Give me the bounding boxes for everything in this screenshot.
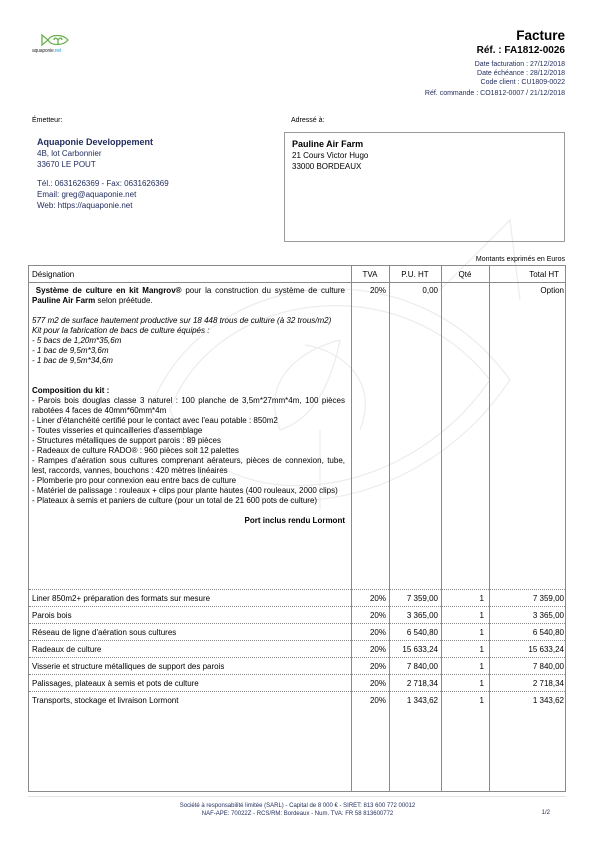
line-tva: 20% xyxy=(351,628,389,638)
column-divider xyxy=(441,266,442,791)
line-designation: Transports, stockage et livraison Lormon… xyxy=(29,696,351,706)
line-designation: Palissages, plateaux à semis et pots de … xyxy=(29,679,351,689)
page-number: 1/2 xyxy=(542,810,550,816)
kit-spec-line: - 1 bac de 9,5m*3,6m xyxy=(32,346,345,356)
logo-tld: .net xyxy=(54,48,62,54)
line-tva: 20% xyxy=(351,645,389,655)
emitter-phone: Tél.: 0631626369 - Fax: 0631626369 xyxy=(37,178,272,189)
currency-note: Montants exprimés en Euros xyxy=(476,256,565,263)
kit-specs: 577 m2 de surface hautement productive s… xyxy=(32,316,345,366)
kit-spec-line: - 1 bac de 9,5m*34,6m xyxy=(32,356,345,366)
emitter-address-line: 4B, lot Carbonnier xyxy=(37,148,272,159)
composition-line: - Plomberie pro pour connexion eau entre… xyxy=(32,476,345,486)
client-code: Code client : CU1809-0022 xyxy=(425,78,565,87)
line-tva: 20% xyxy=(351,611,389,621)
footer-divider xyxy=(28,796,566,797)
logo-brand: aquaponie xyxy=(32,48,54,54)
row-separator xyxy=(29,691,565,692)
composition-line: - Structures métalliques de support paro… xyxy=(32,436,345,446)
line-unit-price: 7 359,00 xyxy=(389,594,441,604)
line-total: 15 633,24 xyxy=(489,645,567,655)
row-separator xyxy=(29,657,565,658)
line-total: 2 718,34 xyxy=(489,679,567,689)
composition-line: - Toutes visseries et quincailleries d'a… xyxy=(32,426,345,436)
line-designation: Liner 850m2+ préparation des formats sur… xyxy=(29,594,351,604)
composition-line: - Parois bois douglas classe 3 naturel :… xyxy=(32,396,345,416)
footer-line-2: NAF-APE: 70022Z - RCS/RM: Bordeaux - Num… xyxy=(0,810,595,818)
header-tva: TVA xyxy=(351,270,389,280)
line-tva: 20% xyxy=(351,662,389,672)
document-header: Facture Réf. : FA1812-0026 Date facturat… xyxy=(425,28,565,98)
line-designation: Radeaux de culture xyxy=(29,645,351,655)
row-separator xyxy=(29,606,565,607)
recipient-block: Pauline Air Farm 21 Cours Victor Hugo 33… xyxy=(284,132,565,242)
logo-wordmark: aquaponie.net xyxy=(32,48,61,54)
composition-list: - Parois bois douglas classe 3 naturel :… xyxy=(32,396,345,506)
composition-line: - Liner d'étanchéité certifié pour le co… xyxy=(32,416,345,426)
column-divider xyxy=(489,266,490,791)
kit-name: Système de culture en kit Mangrov® xyxy=(36,286,182,295)
composition-line: - Rampes d'aération sous cultures compre… xyxy=(32,456,345,476)
emitter-name: Aquaponie Developpement xyxy=(37,137,272,148)
line-quantity: 1 xyxy=(441,662,489,672)
line-total: 7 359,00 xyxy=(489,594,567,604)
row-separator xyxy=(29,623,565,624)
document-title: Facture xyxy=(425,28,565,43)
kit-spec-line: Kit pour la fabrication de bacs de cultu… xyxy=(32,326,345,336)
line-total: 3 365,00 xyxy=(489,611,567,621)
line-designation: Visserie et structure métalliques de sup… xyxy=(29,662,351,672)
kit-spec-line: - 5 bacs de 1,20m*35,6m xyxy=(32,336,345,346)
composition-line: - Matériel de palissage : rouleaux + cli… xyxy=(32,486,345,496)
line-total: 7 840,00 xyxy=(489,662,567,672)
composition-line: - Radeaux de culture RADO® : 960 pièces … xyxy=(32,446,345,456)
due-date: Date échéance : 28/12/2018 xyxy=(425,69,565,78)
header-unit-price: P.U. HT xyxy=(389,270,441,280)
fish-logo-icon xyxy=(40,32,70,48)
line-quantity: 1 xyxy=(441,645,489,655)
emitter-label: Émetteur: xyxy=(32,117,62,124)
line-quantity: 1 xyxy=(441,696,489,706)
kit-spec-line: 577 m2 de surface hautement productive s… xyxy=(32,316,345,326)
line-quantity: 1 xyxy=(441,628,489,638)
composition-line: - Plateaux à semis et paniers de culture… xyxy=(32,496,345,506)
main-item-tva: 20% xyxy=(351,286,389,296)
recipient-label: Adressé à: xyxy=(291,117,324,124)
intro-text: pour la construction du système de cultu… xyxy=(182,286,345,295)
shipping-note: Port inclus rendu Lormont xyxy=(32,516,345,526)
main-item-description: Système de culture en kit Mangrov® pour … xyxy=(29,286,351,526)
invoice-table: Désignation TVA P.U. HT Qté Total HT Sys… xyxy=(28,265,566,792)
row-separator xyxy=(29,589,565,590)
line-unit-price: 7 840,00 xyxy=(389,662,441,672)
line-unit-price: 15 633,24 xyxy=(389,645,441,655)
line-quantity: 1 xyxy=(441,611,489,621)
main-item-unit-price: 0,00 xyxy=(389,286,441,296)
line-unit-price: 2 718,34 xyxy=(389,679,441,689)
line-designation: Réseau de ligne d'aération sous cultures xyxy=(29,628,351,638)
emitter-website[interactable]: Web: https://aquaponie.net xyxy=(37,200,272,211)
column-divider xyxy=(389,266,390,791)
order-reference: Réf. commande : CO1812-0007 / 21/12/2018 xyxy=(425,89,565,98)
line-quantity: 1 xyxy=(441,679,489,689)
recipient-address-line: 33000 BORDEAUX xyxy=(292,161,564,172)
line-total: 6 540,80 xyxy=(489,628,567,638)
line-quantity: 1 xyxy=(441,594,489,604)
line-designation: Parois bois xyxy=(29,611,351,621)
header-quantity: Qté xyxy=(441,270,489,280)
emitter-email[interactable]: Email: greg@aquaponie.net xyxy=(37,189,272,200)
line-unit-price: 6 540,80 xyxy=(389,628,441,638)
recipient-name: Pauline Air Farm xyxy=(292,139,564,150)
emitter-block: Aquaponie Developpement 4B, lot Carbonni… xyxy=(32,137,272,211)
legal-footer: Société à responsabilité limitée (SARL) … xyxy=(0,802,595,818)
header-designation: Désignation xyxy=(29,270,351,280)
line-tva: 20% xyxy=(351,679,389,689)
line-unit-price: 3 365,00 xyxy=(389,611,441,621)
line-unit-price: 1 343,62 xyxy=(389,696,441,706)
line-tva: 20% xyxy=(351,696,389,706)
line-total: 1 343,62 xyxy=(489,696,567,706)
main-item-total: Option xyxy=(489,286,567,296)
invoice-reference: Réf. : FA1812-0026 xyxy=(425,44,565,57)
header-total: Total HT xyxy=(489,270,567,280)
client-name-inline: Pauline Air Farm xyxy=(32,296,95,305)
company-logo: aquaponie.net xyxy=(30,30,80,56)
invoice-date: Date facturation : 27/12/2018 xyxy=(425,60,565,69)
emitter-address-line: 33670 LE POUT xyxy=(37,159,272,170)
column-divider xyxy=(351,266,352,791)
intro-text: selon préétude. xyxy=(95,296,152,305)
composition-title: Composition du kit : xyxy=(32,386,109,395)
footer-line-1: Société à responsabilité limitée (SARL) … xyxy=(0,802,595,810)
row-separator xyxy=(29,640,565,641)
row-separator xyxy=(29,674,565,675)
recipient-address-line: 21 Cours Victor Hugo xyxy=(292,150,564,161)
line-tva: 20% xyxy=(351,594,389,604)
table-header: Désignation TVA P.U. HT Qté Total HT xyxy=(29,266,565,283)
